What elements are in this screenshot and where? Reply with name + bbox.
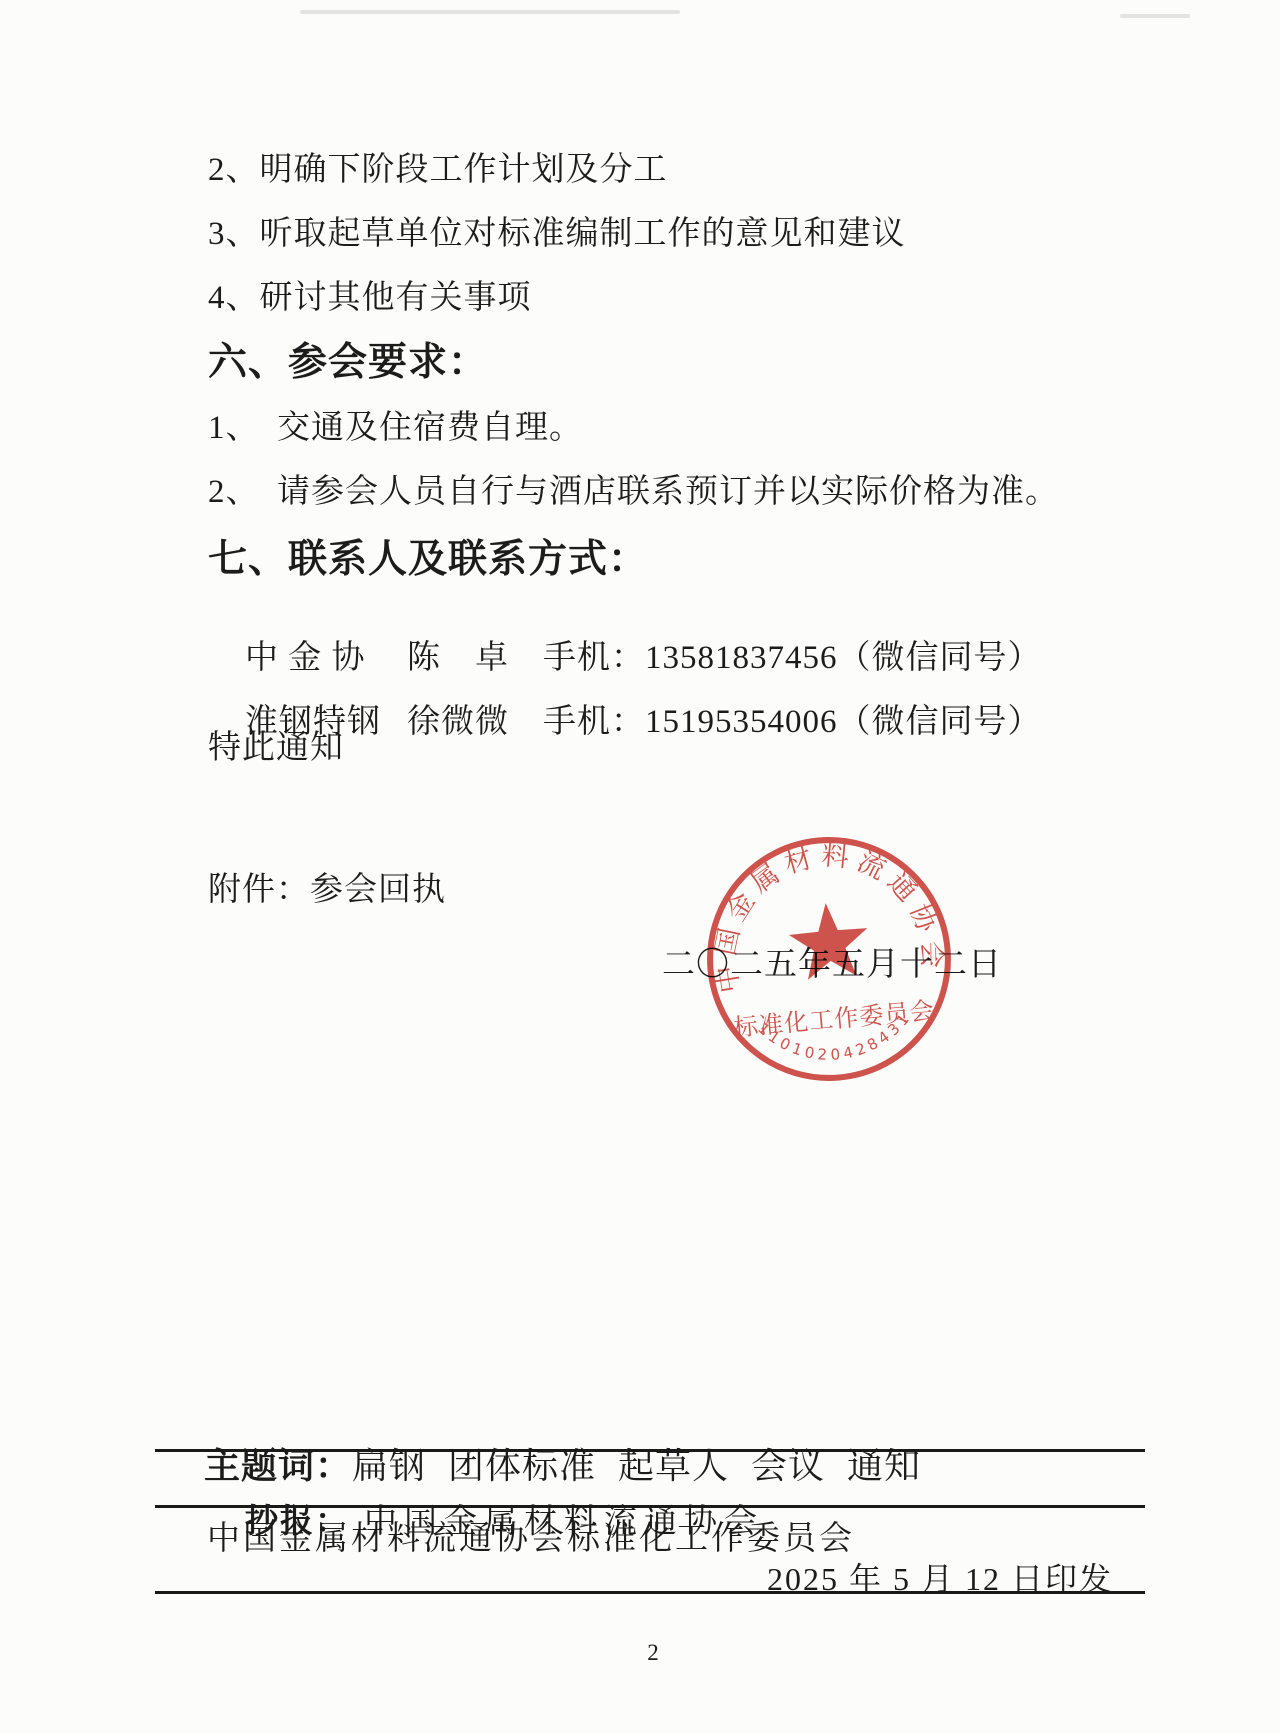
footer-rule-3 [155,1591,1145,1594]
contact-phone: 手机：15195354006（微信同号） [543,704,1042,740]
issuer-line: 中国金属材料流通协会标准化工作委员会 [207,1512,855,1559]
section-six-item-2: 2、 请参会人员自行与酒店联系预订并以实际价格为准。 [208,474,1059,512]
scan-artifact [300,10,680,14]
contact-name: 徐微微 [407,704,543,742]
footer-rule-2 [155,1505,1145,1508]
attachment-line: 附件：参会回执 [208,872,446,910]
official-seal: 中国金属材料流通协会 标准化工作委员会 1101020428431 [689,819,969,1099]
section-six-heading: 六、参会要求： [208,341,488,386]
scan-artifact [1120,14,1190,18]
agenda-item-3: 3、听取起草单位对标准编制工作的意见和建议 [208,216,906,254]
page-number: 2 [633,1640,673,1666]
section-six-item-1: 1、 交通及住宿费自理。 [208,410,583,448]
seal-star-icon [786,900,871,981]
agenda-item-4: 4、研讨其他有关事项 [208,280,532,318]
agenda-item-2: 2、明确下阶段工作计划及分工 [208,152,668,190]
document-page: 2、明确下阶段工作计划及分工 3、听取起草单位对标准编制工作的意见和建议 4、研… [0,0,1280,1733]
section-seven-heading: 七、联系人及联系方式： [208,538,648,583]
footer-rule-1 [155,1449,1145,1452]
closing-line: 特此通知 [208,730,344,768]
